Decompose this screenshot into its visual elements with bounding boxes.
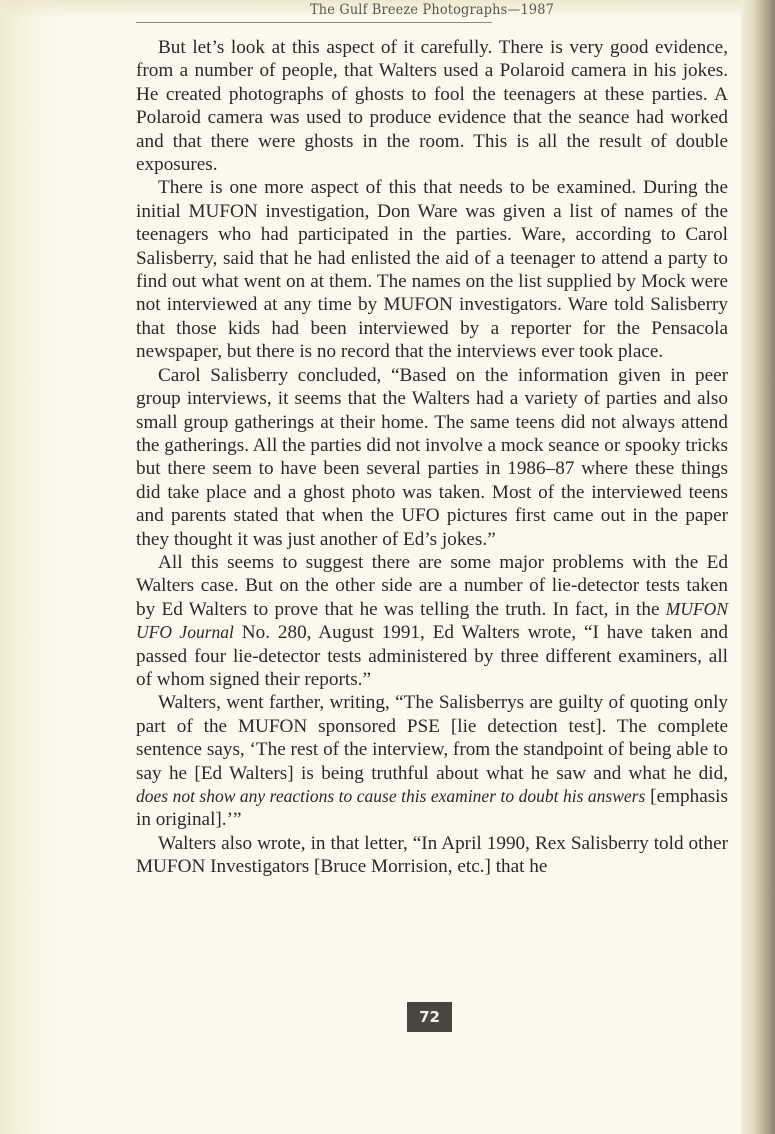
paragraph: But let’s look at this aspect of it care…: [136, 36, 728, 176]
page-number: 72: [407, 1002, 452, 1032]
paragraph: All this seems to suggest there are some…: [136, 551, 728, 691]
paragraph: There is one more aspect of this that ne…: [136, 176, 728, 363]
paragraph: Walters, went farther, writing, “The Sal…: [136, 691, 728, 831]
paragraph: Walters also wrote, in that letter, “In …: [136, 832, 728, 879]
book-gutter-shadow: [741, 0, 775, 1134]
header-rule: [136, 22, 492, 23]
page-edge-shadow-left: [0, 0, 60, 1134]
paragraph-text: Walters, went farther, writing, “The Sal…: [136, 692, 728, 783]
paragraph-text: All this seems to suggest there are some…: [136, 552, 728, 620]
page-body: But let’s look at this aspect of it care…: [136, 36, 728, 879]
running-head: The Gulf Breeze Photographs—1987: [160, 2, 705, 18]
paragraph: Carol Salisberry concluded, “Based on th…: [136, 364, 728, 551]
emphasized-quote: does not show any reactions to cause thi…: [136, 786, 645, 806]
